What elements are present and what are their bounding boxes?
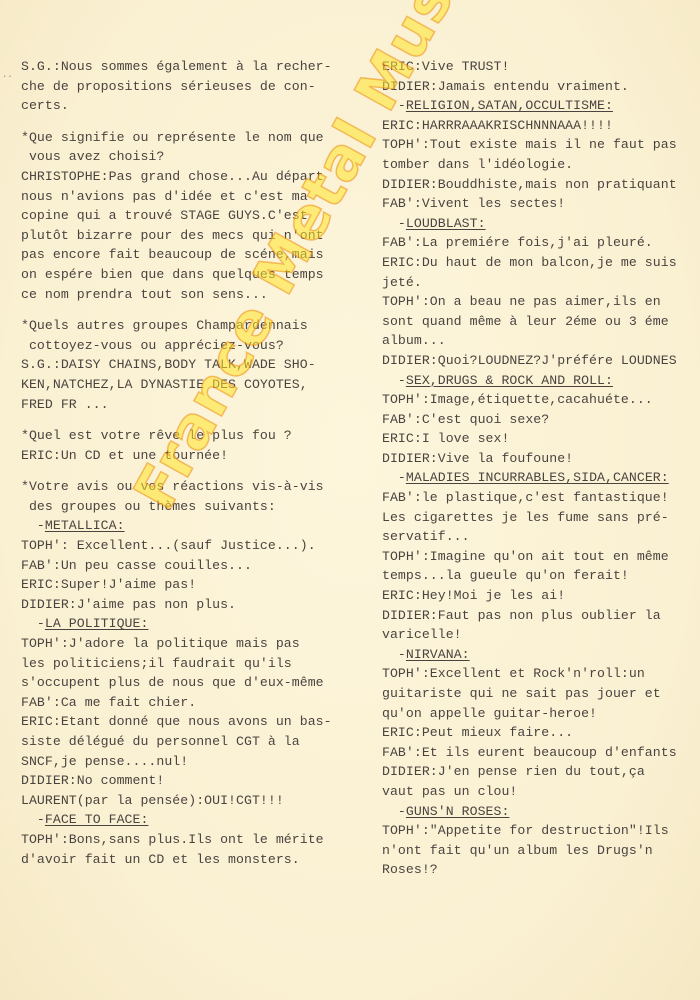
paragraph-gap — [21, 116, 332, 128]
text-line: pas encore fait beaucoup de scéne,mais — [21, 245, 332, 265]
text-line: servatif... — [382, 527, 677, 547]
text-line: S.G.:Nous sommes également à la recher- — [21, 57, 332, 77]
text-line: TOPH':Tout existe mais il ne faut pas — [382, 135, 677, 155]
text-line: *Que signifie ou représente le nom que — [21, 128, 332, 148]
topic-heading: -METALLICA: — [21, 516, 332, 536]
text-line: vaut pas un clou! — [382, 782, 677, 802]
text-line: DIDIER:Vive la foufoune! — [382, 449, 677, 469]
text-line: *Votre avis ou vos réactions vis-à-vis — [21, 477, 332, 497]
text-line: FAB':Et ils eurent beaucoup d'enfants — [382, 743, 677, 763]
text-line: d'avoir fait un CD et les monsters. — [21, 850, 332, 870]
text-line: S.G.:DAISY CHAINS,BODY TALK,WADE SHO- — [21, 355, 332, 375]
topic-heading: -NIRVANA: — [382, 645, 677, 665]
text-line: ERIC:Peut mieux faire... — [382, 723, 677, 743]
text-line: album... — [382, 331, 677, 351]
text-line: ERIC:Vive TRUST! — [382, 57, 677, 77]
text-line: FAB':C'est quoi sexe? — [382, 410, 677, 430]
text-line: DIDIER:Jamais entendu vraiment. — [382, 77, 677, 97]
text-line: n'ont fait qu'un album les Drugs'n — [382, 841, 677, 861]
text-line: ERIC:I love sex! — [382, 429, 677, 449]
topic-heading: -FACE TO FACE: — [21, 810, 332, 830]
text-line: Les cigarettes je les fume sans pré- — [382, 508, 677, 528]
text-line: TOPH':"Appetite for destruction"!Ils — [382, 821, 677, 841]
text-line: jeté. — [382, 273, 677, 293]
text-line: DIDIER:Faut pas non plus oublier la — [382, 606, 677, 626]
topic-heading: -GUNS'N ROSES: — [382, 802, 677, 822]
text-line: *Quel est votre rêve le plus fou ? — [21, 426, 332, 446]
text-line: varicelle! — [382, 625, 677, 645]
text-line: FAB':Vivent les sectes! — [382, 194, 677, 214]
text-line: FAB':La premiére fois,j'ai pleuré. — [382, 233, 677, 253]
text-line: ERIC:Etant donné que nous avons un bas- — [21, 712, 332, 732]
text-line: siste délégué du personnel CGT à la — [21, 732, 332, 752]
text-line: DIDIER:Bouddhiste,mais non pratiquant — [382, 175, 677, 195]
text-line: ERIC:Super!J'aime pas! — [21, 575, 332, 595]
text-line: tomber dans l'idéologie. — [382, 155, 677, 175]
text-line: s'occupent plus de nous que d'eux-même — [21, 673, 332, 693]
text-line: LAURENT(par la pensée):OUI!CGT!!! — [21, 791, 332, 811]
text-line: guitariste qui ne sait pas jouer et — [382, 684, 677, 704]
text-line: FAB':le plastique,c'est fantastique! — [382, 488, 677, 508]
text-line: FAB':Un peu casse couilles... — [21, 556, 332, 576]
text-line: che de propositions sérieuses de con- — [21, 77, 332, 97]
text-line: DIDIER:Quoi?LOUDNEZ?J'préfére LOUDNES — [382, 351, 677, 371]
typewritten-page: .. S.G.:Nous sommes également à la reche… — [0, 0, 700, 1000]
text-line: FAB':Ca me fait chier. — [21, 693, 332, 713]
text-line: les politiciens;il faudrait qu'ils — [21, 654, 332, 674]
topic-heading: -RELIGION,SATAN,OCCULTISME: — [382, 96, 677, 116]
text-line: copine qui a trouvé STAGE GUYS.C'est — [21, 206, 332, 226]
text-line: temps...la gueule qu'on ferait! — [382, 566, 677, 586]
text-line: sont quand même à leur 2éme ou 3 éme — [382, 312, 677, 332]
text-line: KEN,NATCHEZ,LA DYNASTIE DES COYOTES, — [21, 375, 332, 395]
text-line: plutôt bizarre pour des mecs qui n'ont — [21, 226, 332, 246]
text-line: on espére bien que dans quelques temps — [21, 265, 332, 285]
text-line: TOPH':Imagine qu'on ait tout en même — [382, 547, 677, 567]
text-line: nous n'avions pas d'idée et c'est ma — [21, 187, 332, 207]
text-line: TOPH':Excellent et Rock'n'roll:un — [382, 664, 677, 684]
text-line: cottoyez-vous ou appréciez-vous? — [21, 336, 332, 356]
text-line: ce nom prendra tout son sens... — [21, 285, 332, 305]
paragraph-gap — [21, 414, 332, 426]
text-line: des groupes ou thèmes suivants: — [21, 497, 332, 517]
text-line: qu'on appelle guitar-heroe! — [382, 704, 677, 724]
text-line: DIDIER:No comment! — [21, 771, 332, 791]
topic-heading: -MALADIES INCURRABLES,SIDA,CANCER: — [382, 468, 677, 488]
text-line: vous avez choisi? — [21, 147, 332, 167]
text-line: TOPH':J'adore la politique mais pas — [21, 634, 332, 654]
paragraph-gap — [21, 304, 332, 316]
text-line: ERIC:Hey!Moi je les ai! — [382, 586, 677, 606]
left-column: S.G.:Nous sommes également à la recher-c… — [21, 57, 332, 869]
topic-heading: -LA POLITIQUE: — [21, 614, 332, 634]
text-line: SNCF,je pense....nul! — [21, 752, 332, 772]
text-line: certs. — [21, 96, 332, 116]
text-line: TOPH': Excellent...(sauf Justice...). — [21, 536, 332, 556]
topic-heading: -SEX,DRUGS & ROCK AND ROLL: — [382, 371, 677, 391]
paragraph-gap — [21, 465, 332, 477]
right-column: ERIC:Vive TRUST!DIDIER:Jamais entendu vr… — [382, 57, 677, 880]
text-line: FRED FR ... — [21, 395, 332, 415]
text-line: ERIC:Un CD et une tournée! — [21, 446, 332, 466]
text-line: ERIC:HARRRAAAKRISCHNNNAAA!!!! — [382, 116, 677, 136]
text-line: DIDIER:J'aime pas non plus. — [21, 595, 332, 615]
topic-heading: -LOUDBLAST: — [382, 214, 677, 234]
margin-mark: .. — [2, 70, 13, 80]
text-line: TOPH':Image,étiquette,cacahuéte... — [382, 390, 677, 410]
text-line: DIDIER:J'en pense rien du tout,ça — [382, 762, 677, 782]
text-line: CHRISTOPHE:Pas grand chose...Au départ — [21, 167, 332, 187]
text-line: TOPH':Bons,sans plus.Ils ont le mérite — [21, 830, 332, 850]
text-line: TOPH':On a beau ne pas aimer,ils en — [382, 292, 677, 312]
text-line: ERIC:Du haut de mon balcon,je me suis — [382, 253, 677, 273]
text-line: *Quels autres groupes Champardennais — [21, 316, 332, 336]
text-line: Roses!? — [382, 860, 677, 880]
